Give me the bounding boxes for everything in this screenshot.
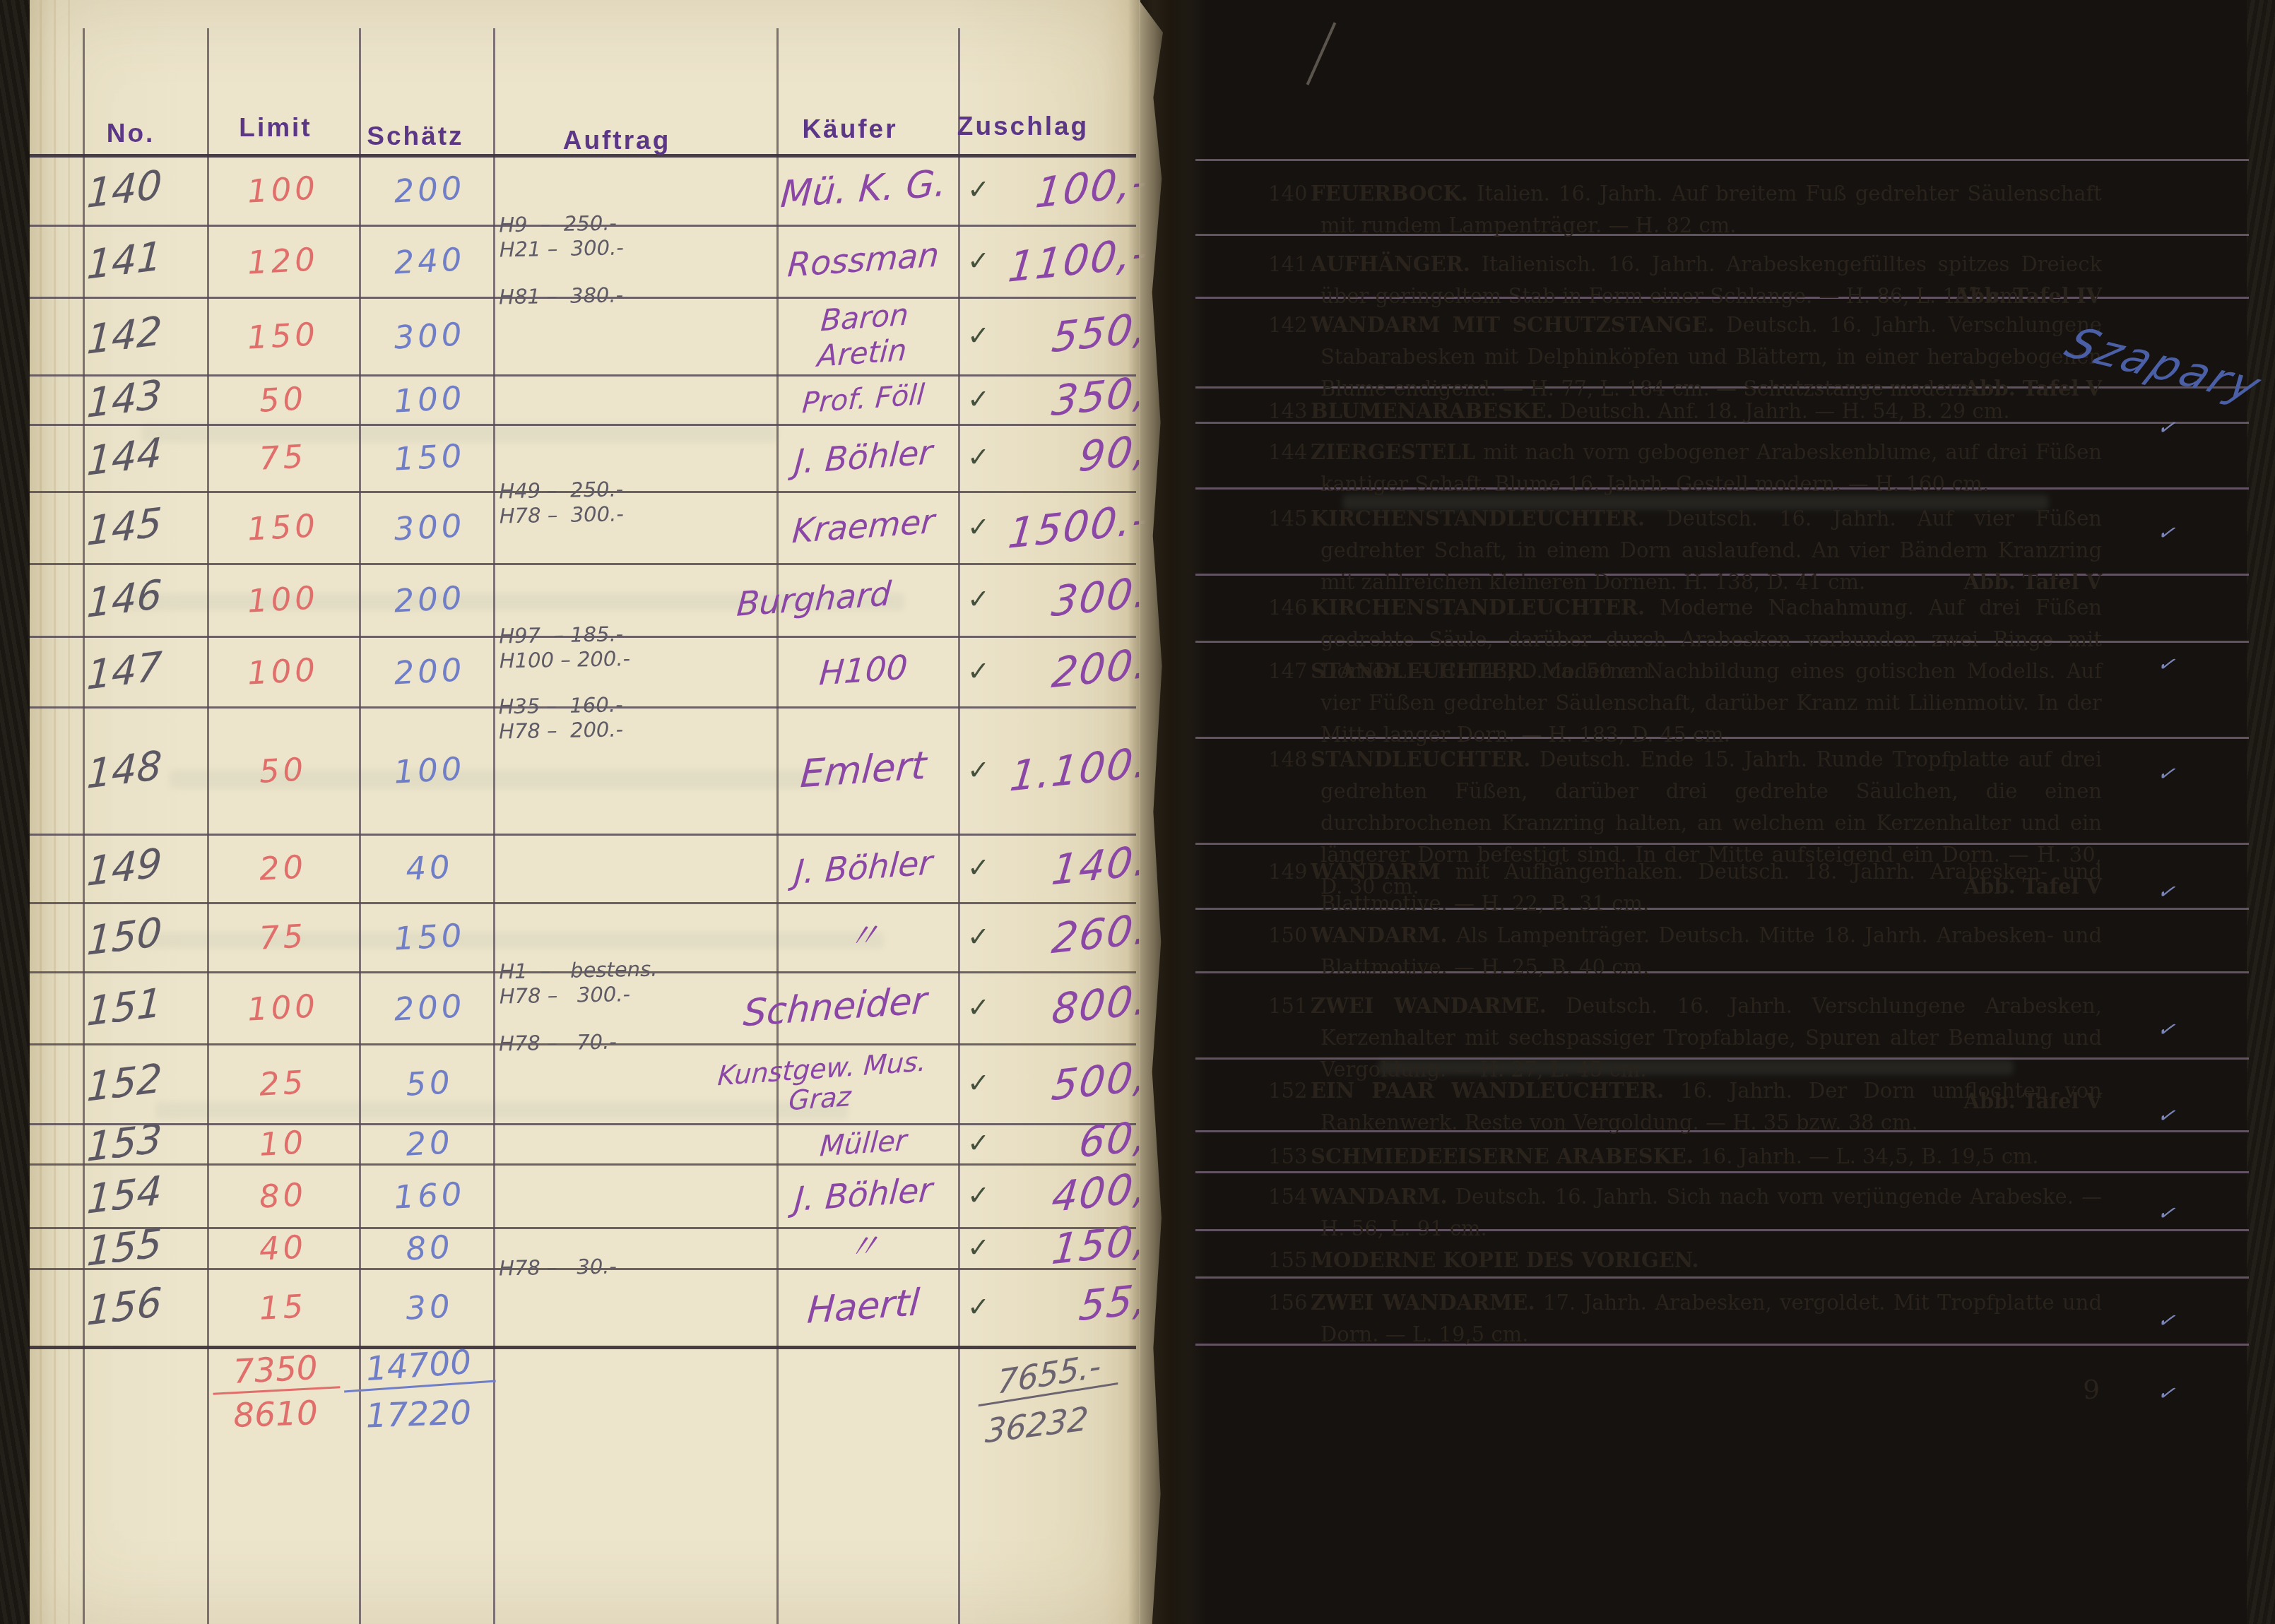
estimate-value: 150 (365, 420, 495, 494)
bid-orders: H35 – 160.-H78 – 200.- (498, 690, 776, 836)
limit-value: 120 (212, 221, 353, 300)
entry-title: WANDARM (1311, 860, 1441, 884)
estimate-grand-total: 17220 (342, 1392, 495, 1436)
entry-text: Deutsch. Anf. 18. Jahrh. — H. 54, B. 29 … (1560, 399, 2010, 423)
estimate-value: 40 (365, 830, 495, 905)
entry-number: 145 (1268, 503, 1311, 535)
limit-value: 150 (212, 487, 353, 567)
header-no: No. (85, 119, 177, 148)
margin-checkmark-icon: ✓ (2151, 1306, 2182, 1334)
entry-number: 143 (1268, 396, 1311, 427)
estimate-value: 80 (365, 1223, 495, 1271)
ledger-row-148: 148 50 100 H35 – 160.-H78 – 200.- Emlert… (30, 706, 1140, 834)
limit-value: 50 (211, 703, 355, 837)
catalog-entry-155: 155MODERNE KOPIE DES VORIGEN. (1268, 1245, 2102, 1276)
margin-checkmark-icon: ✓ (2151, 1199, 2182, 1227)
estimate-value: 200 (364, 559, 495, 639)
entry-title: EIN PAAR WANDLEUCHTER. (1311, 1079, 1664, 1103)
entry-number: 152 (1268, 1075, 1311, 1107)
estimate-value: 240 (364, 221, 495, 300)
book-binding-left (0, 0, 32, 1624)
limit-value: 50 (213, 371, 353, 427)
bid-orders: H78 – 30.- (499, 1252, 776, 1349)
header-zuschlag: Zuschlag (945, 112, 1101, 141)
entry-text: 16. Jahrh. — L. 34,5, B. 19,5 cm. (1700, 1144, 2038, 1168)
limit-value: 15 (212, 1264, 353, 1349)
header-auftrag: Auftrag (543, 126, 691, 155)
estimate-value: 200 (364, 968, 495, 1046)
buyer-name: Kunstgew. Mus.Graz (712, 1036, 929, 1131)
limit-grand-total: 8610 (211, 1393, 340, 1436)
entry-number: 141 (1268, 249, 1311, 280)
entry-rule (1195, 159, 2249, 161)
entry-number: 146 (1268, 592, 1311, 624)
estimate-value: 100 (365, 371, 494, 427)
catalog-entry-149: 149WANDARM mit Aufhängerhaken. Deutsch. … (1268, 856, 2102, 920)
limit-value: 75 (213, 420, 354, 494)
entry-number: 154 (1268, 1181, 1311, 1213)
entry-title: STANDLEUCHTER. (1311, 747, 1530, 771)
buyer-name: Kraemer (755, 483, 971, 571)
catalog-entry-144: 144ZIERGESTELL mit nach vorn gebogener A… (1268, 437, 2102, 500)
entry-title: KIRCHENSTANDLEUCHTER. (1311, 595, 1645, 620)
ledger-row-142: 142 150 300 H81 – 380.- BaronAretin ✓ 55… (30, 297, 1140, 374)
ledger-row-152: 152 25 50 H78 – 70.- Kunstgew. Mus.Graz … (30, 1043, 1140, 1123)
catalog-entry-154: 154WANDARM. Deutsch. 16. Jahrh. Sich nac… (1268, 1181, 2102, 1245)
ledger-row-156: 156 15 30 H78 – 30.- Haertl ✓ 55, (30, 1268, 1140, 1346)
entry-title: MODERNE KOPIE DES VORIGEN. (1311, 1248, 1699, 1272)
entry-title: SCHMIEDEEISERNE ARABESKE. (1311, 1144, 1694, 1168)
bid-orders: H81 – 380.- (499, 280, 776, 377)
catalog-entry-156: 156ZWEI WANDARME. 17. Jahrh. Arabesken, … (1268, 1287, 2102, 1351)
estimate-value: 300 (364, 293, 495, 377)
margin-checkmark-icon: ✓ (2151, 1379, 2182, 1407)
limit-value: 80 (213, 1160, 353, 1231)
lot-number: 148 (47, 697, 202, 843)
pencil-stroke (1306, 22, 1337, 85)
header-schaetz: Schätz (352, 121, 479, 151)
margin-checkmark-icon: ✓ (2151, 1101, 2182, 1130)
book-gutter (1128, 0, 1207, 1624)
entry-number: 151 (1268, 990, 1311, 1022)
entry-number: 156 (1268, 1287, 1311, 1319)
limit-value: 150 (212, 293, 353, 378)
entry-number: 153 (1268, 1141, 1311, 1173)
margin-checkmark-icon: ✓ (2151, 877, 2182, 906)
entry-title: AUFHÄNGER. (1311, 252, 1470, 276)
header-limit: Limit (219, 113, 332, 143)
entry-number: 150 (1268, 920, 1311, 952)
entry-number: 144 (1268, 437, 1311, 468)
entry-number: 142 (1268, 309, 1311, 341)
entry-number: 149 (1268, 856, 1311, 888)
catalog-entry-143: 143BLUMENARABESKE. Deutsch. Anf. 18. Jah… (1268, 396, 2102, 427)
estimate-value: 100 (362, 703, 496, 836)
estimate-value: 150 (365, 899, 495, 974)
catalog-entry-152: 152EIN PAAR WANDLEUCHTER. 16. Jahrh. Der… (1268, 1075, 2102, 1139)
estimate-value: 30 (364, 1264, 495, 1349)
margin-checkmark-icon: ✓ (2151, 518, 2182, 547)
margin-checkmark-icon: ✓ (2151, 1015, 2182, 1043)
catalog-entry-140: 140FEUERBOCK. Italien. 16. Jahrh. Auf br… (1268, 178, 2102, 242)
margin-checkmark-icon: ✓ (2151, 413, 2182, 441)
catalog-entry-145: 145KIRCHENSTANDLEUCHTER. Deutsch. 16. Ja… (1268, 503, 2102, 598)
estimate-value: 160 (365, 1160, 495, 1230)
entry-title: WANDARM. (1311, 923, 1448, 947)
estimate-value: 200 (365, 150, 495, 227)
ledger-row-145: 145 150 300 H49 – 250.-H78 – 300.- Kraem… (30, 491, 1140, 563)
ledger-row-149: 149 20 40 J. Böhler ✓ 140. (30, 834, 1140, 902)
entry-title: ZWEI WANDARME. (1311, 1291, 1535, 1315)
estimate-value: 50 (364, 1040, 495, 1126)
limit-value: 100 (212, 968, 353, 1047)
entry-title: WANDARM. (1311, 1185, 1448, 1209)
buyer-name: Emlert (753, 699, 974, 841)
bid-orders: H49 – 250.-H78 – 300.- (499, 475, 776, 566)
entry-title: FEUERBOCK. (1311, 182, 1468, 206)
book-binding-right (2247, 0, 2275, 1624)
entry-number: 140 (1268, 178, 1311, 210)
entry-number: 148 (1268, 744, 1311, 776)
entry-title: ZIERGESTELL (1311, 440, 1475, 464)
header-kaeufer: Käufer (783, 114, 917, 144)
limit-value: 25 (212, 1040, 354, 1127)
entry-title: KIRCHENSTANDLEUCHTER. (1311, 506, 1645, 531)
catalog-entry-141: 141AUFHÄNGER. Italienisch. 16. Jahrh. Ar… (1268, 249, 2102, 312)
limit-value: 100 (212, 559, 353, 639)
limit-value: 20 (213, 830, 354, 906)
page-number: 9 (2049, 1374, 2134, 1405)
lot-number: 156 (48, 1258, 201, 1355)
limit-value: 100 (213, 150, 354, 228)
entry-number: 155 (1268, 1245, 1311, 1276)
margin-checkmark-icon: ✓ (2151, 759, 2182, 788)
margin-checkmark-icon: ✓ (2151, 650, 2182, 678)
entry-title: ZWEI WANDARME. (1311, 994, 1547, 1018)
catalog-entry-142: 142WANDARM MIT SCHUTZSTANGE. Deutsch. 16… (1268, 309, 2102, 405)
catalog-entry-150: 150WANDARM. Als Lampenträger. Deutsch. M… (1268, 920, 2102, 983)
entry-rule (1195, 1276, 2249, 1279)
limit-value: 75 (213, 899, 354, 975)
auction-ledger-scan: No. Limit Schätz Auftrag Käufer Zuschlag… (0, 0, 2275, 1624)
entry-number: 147 (1268, 656, 1311, 687)
limit-value: 10 (213, 1120, 353, 1167)
limit-value: 40 (213, 1223, 353, 1272)
entry-title: STANDLEUCHTER. (1311, 659, 1530, 683)
catalog-entry-153: 153SCHMIEDEEISERNE ARABESKE. 16. Jahrh. … (1268, 1141, 2102, 1173)
catalog-entry-147: 147STANDLEUCHTER. Moderne Nachbildung ei… (1268, 656, 2102, 751)
estimate-value: 20 (365, 1120, 495, 1166)
entry-title: WANDARM MIT SCHUTZSTANGE. (1311, 313, 1715, 337)
entry-title: BLUMENARABESKE. (1311, 399, 1553, 423)
estimate-value: 200 (365, 632, 495, 709)
limit-subtotal: 7350 (211, 1347, 341, 1394)
limit-value: 100 (213, 632, 354, 710)
estimate-value: 300 (364, 487, 495, 566)
buyer-name: BaronAretin (755, 289, 971, 382)
buyer-name: Haertl (755, 1260, 971, 1353)
